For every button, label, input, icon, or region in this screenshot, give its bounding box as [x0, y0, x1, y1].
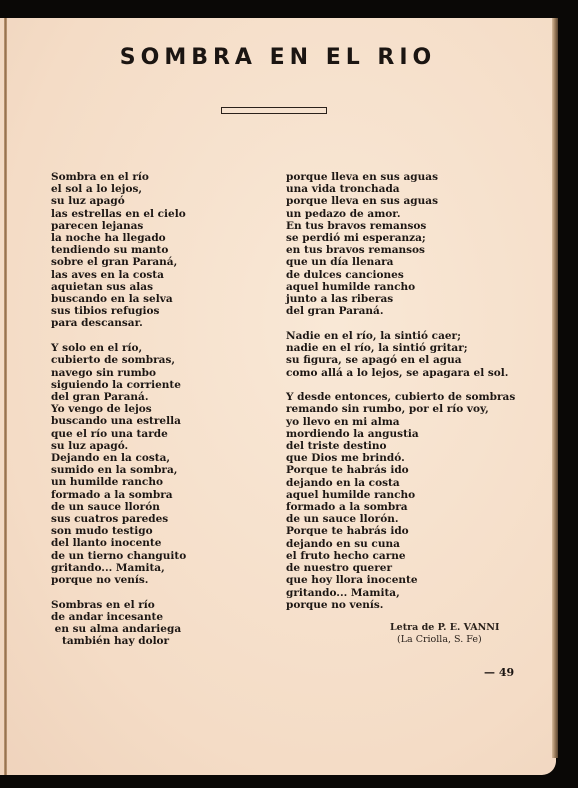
verse-line: de andar incesante	[51, 611, 186, 623]
verse-line: del gran Paraná.	[51, 391, 186, 403]
verse-line: de dulces canciones	[286, 269, 515, 281]
stanza: Y solo en el río,cubierto de sombras,nav…	[51, 342, 186, 586]
verse-line: el fruto hecho carne	[286, 550, 515, 562]
verse-line: sobre el gran Paraná,	[51, 256, 186, 268]
verse-line: sumido en la sombra,	[51, 464, 186, 476]
left-column: Sombra en el ríoel sol a lo lejos,su luz…	[51, 171, 186, 660]
verse-line: gritando... Mamita,	[286, 587, 515, 599]
verse-line: su figura, se apagó en el agua	[286, 354, 515, 366]
verse-line: que un día llenara	[286, 256, 515, 268]
verse-line: como allá a lo lejos, se apagara el sol.	[286, 367, 515, 379]
poem-title: SOMBRA EN EL RIO	[0, 45, 556, 70]
verse-line: de un sauce llorón.	[286, 513, 515, 525]
verse-line: las aves en la costa	[51, 269, 186, 281]
verse-line: porque lleva en sus aguas	[286, 195, 515, 207]
verse-line: de nuestro querer	[286, 562, 515, 574]
verse-line: una vida tronchada	[286, 183, 515, 195]
verse-line: que Dios me brindó.	[286, 452, 515, 464]
verse-line: Porque te habrás ido	[286, 525, 515, 537]
verse-line: dejando en la costa	[286, 477, 515, 489]
stanza: Y desde entonces, cubierto de sombrasrem…	[286, 391, 515, 611]
verse-line: que hoy llora inocente	[286, 574, 515, 586]
verse-line: un humilde rancho	[51, 476, 186, 488]
verse-line: formado a la sombra	[51, 489, 186, 501]
verse-line: en tus bravos remansos	[286, 244, 515, 256]
verse-line: En tus bravos remansos	[286, 220, 515, 232]
verse-line: sus cuatros paredes	[51, 513, 186, 525]
verse-line: son mudo testigo	[51, 525, 186, 537]
stanza: porque lleva en sus aguasuna vida tronch…	[286, 171, 515, 317]
verse-line: Y solo en el río,	[51, 342, 186, 354]
verse-line: Dejando en la costa,	[51, 452, 186, 464]
verse-line: porque no venís.	[286, 599, 515, 611]
verse-line: cubierto de sombras,	[51, 354, 186, 366]
stanza: Sombra en el ríoel sol a lo lejos,su luz…	[51, 171, 186, 330]
verse-line: las estrellas en el cielo	[51, 208, 186, 220]
verse-line: en su alma andariega	[51, 623, 186, 635]
page-spine-edge	[4, 18, 7, 775]
verse-line: tendiendo su manto	[51, 244, 186, 256]
right-column: porque lleva en sus aguasuna vida tronch…	[286, 171, 515, 623]
verse-line: parecen lejanas	[51, 220, 186, 232]
verse-line: la noche ha llegado	[51, 232, 186, 244]
verse-line: un pedazo de amor.	[286, 208, 515, 220]
verse-line: del triste destino	[286, 440, 515, 452]
verse-line: porque no venís.	[51, 574, 186, 586]
verse-line: se perdió mi esperanza;	[286, 232, 515, 244]
stanza: Nadie en el río, la sintió caer;nadie en…	[286, 330, 515, 379]
verse-line: mordiendo la angustia	[286, 428, 515, 440]
verse-line: formado a la sombra	[286, 501, 515, 513]
verse-line: su luz apagó	[51, 195, 186, 207]
verse-line: aquietan sus alas	[51, 281, 186, 293]
verse-line: que el río una tarde	[51, 428, 186, 440]
page-number: — 49	[484, 666, 514, 679]
verse-line: buscando en la selva	[51, 293, 186, 305]
verse-line: Porque te habrás ido	[286, 464, 515, 476]
verse-line: sus tibios refugios	[51, 305, 186, 317]
verse-line: también hay dolor	[51, 635, 186, 647]
page-right-edge	[552, 18, 558, 758]
verse-line: remando sin rumbo, por el río voy,	[286, 403, 515, 415]
verse-line: aquel humilde rancho	[286, 281, 515, 293]
verse-line: el sol a lo lejos,	[51, 183, 186, 195]
verse-line: nadie en el río, la sintió gritar;	[286, 342, 515, 354]
title-ornament-divider	[221, 107, 327, 114]
verse-line: del gran Paraná.	[286, 305, 515, 317]
verse-line: Sombras en el río	[51, 599, 186, 611]
verse-line: siguiendo la corriente	[51, 379, 186, 391]
verse-line: Sombra en el río	[51, 171, 186, 183]
verse-line: junto a las riberas	[286, 293, 515, 305]
verse-line: buscando una estrella	[51, 415, 186, 427]
verse-line: su luz apagó.	[51, 440, 186, 452]
lyrics-credit-source: (La Criolla, S. Fe)	[397, 634, 482, 645]
verse-line: para descansar.	[51, 317, 186, 329]
verse-line: Nadie en el río, la sintió caer;	[286, 330, 515, 342]
verse-line: de un sauce llorón	[51, 501, 186, 513]
verse-line: yo llevo en mi alma	[286, 416, 515, 428]
verse-line: del llanto inocente	[51, 537, 186, 549]
verse-line: porque lleva en sus aguas	[286, 171, 515, 183]
verse-line: navego sin rumbo	[51, 367, 186, 379]
verse-line: de un tierno changuito	[51, 550, 186, 562]
verse-line: dejando en su cuna	[286, 538, 515, 550]
stanza: Sombras en el ríode andar incesante en s…	[51, 599, 186, 648]
verse-line: Y desde entonces, cubierto de sombras	[286, 391, 515, 403]
verse-line: gritando... Mamita,	[51, 562, 186, 574]
verse-line: Yo vengo de lejos	[51, 403, 186, 415]
lyrics-credit: Letra de P. E. VANNI	[390, 622, 499, 633]
verse-line: aquel humilde rancho	[286, 489, 515, 501]
